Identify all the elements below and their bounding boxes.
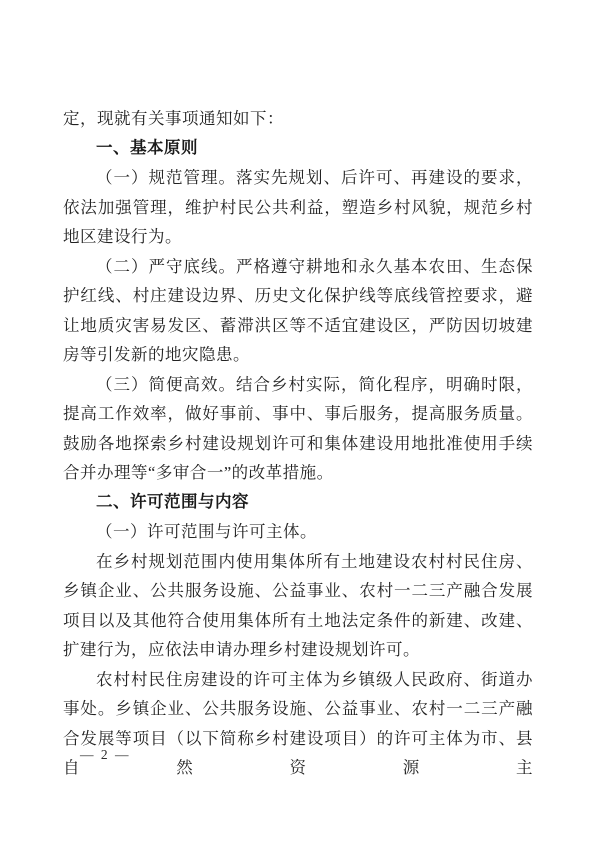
- paragraph-simple-efficient: （三）简便高效。结合乡村实际，简化程序，明确时限，提高工作效率，做好事前、事中、…: [63, 370, 533, 488]
- page-number: — 2 —: [80, 747, 131, 763]
- continuation-line: 定，现就有关事项通知如下：: [63, 104, 533, 134]
- section-heading-permit-scope: 二、许可范围与内容: [63, 488, 533, 518]
- paragraph-standard-management: （一）规范管理。落实先规划、后许可、再建设的要求，依法加强管理，维护村民公共利益…: [63, 163, 533, 252]
- paragraph-permit-subjects: 农村村民住房建设的许可主体为乡镇级人民政府、街道办事处。乡镇企业、公共服务设施、…: [63, 665, 533, 783]
- paragraph-permit-scope: 在乡村规划范围内使用集体所有土地建设农村村民住房、乡镇企业、公共服务设施、公益事…: [63, 547, 533, 665]
- document-body: 定，现就有关事项通知如下： 一、基本原则 （一）规范管理。落实先规划、后许可、再…: [63, 104, 533, 783]
- section-heading-basic-principles: 一、基本原则: [63, 134, 533, 164]
- document-page: 定，现就有关事项通知如下： 一、基本原则 （一）规范管理。落实先规划、后许可、再…: [0, 0, 596, 842]
- paragraph-strict-bottom-lines: （二）严守底线。严格遵守耕地和永久基本农田、生态保护红线、村庄建设边界、历史文化…: [63, 252, 533, 370]
- paragraph-permit-scope-subject-subheading: （一）许可范围与许可主体。: [63, 517, 533, 547]
